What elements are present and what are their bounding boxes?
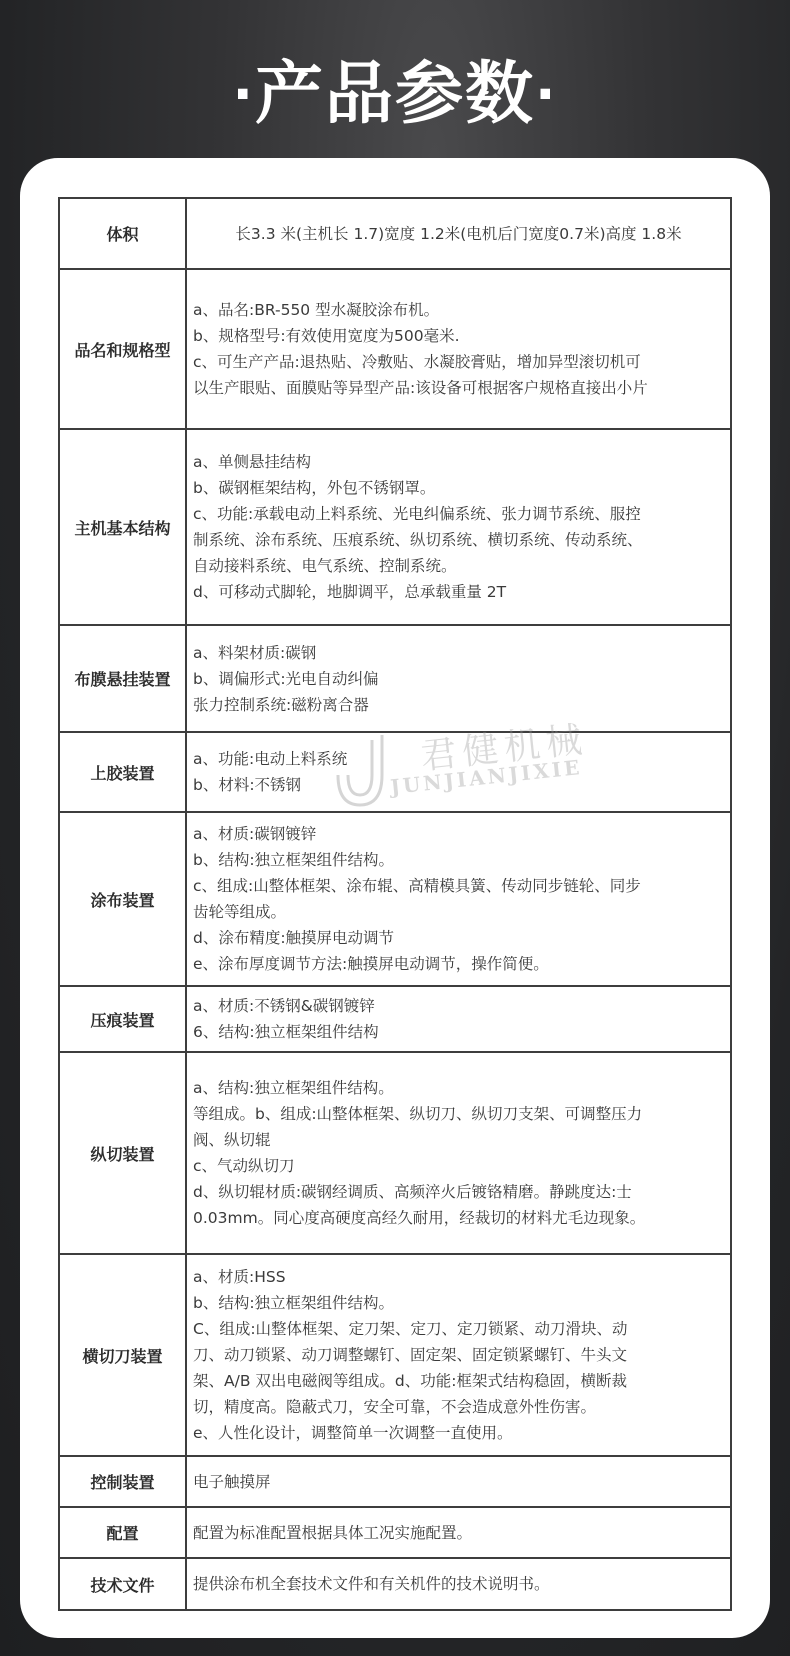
value-line: c、气动纵切刀 [193,1153,724,1179]
row-label: 配置 [59,1507,186,1558]
value-line: a、品名:BR-550 型水凝胶涂布机。 [193,297,724,323]
table-row: 控制装置 电子触摸屏 [59,1456,731,1507]
value-line: 制系统、涂布系统、压痕系统、纵切系统、横切系统、传动系统、 [193,527,724,553]
row-value: 长3.3 米(主机长 1.7)宽度 1.2米(电机后门宽度0.7米)高度 1.8… [186,198,731,269]
row-value: a、品名:BR-550 型水凝胶涂布机。 b、规格型号:有效使用宽度为500毫米… [186,269,731,429]
value-line: a、单侧悬挂结构 [193,449,724,475]
table-row: 涂布装置 a、材质:碳钢镀锌 b、结构:独立框架组件结构。 c、组成:山整体框架… [59,812,731,986]
row-label: 主机基本结构 [59,429,186,625]
value-line: C、组成:山整体框架、定刀架、定刀、定刀锁紧、动刀滑块、动 [193,1316,724,1342]
value-line: 配置为标准配置根据具体工况实施配置。 [193,1520,724,1546]
value-line: e、人性化设计，调整简单一次调整一直使用。 [193,1420,724,1446]
row-label: 涂布装置 [59,812,186,986]
table-row: 技术文件 提供涂布机全套技术文件和有关机件的技术说明书。 [59,1558,731,1610]
row-value: a、单侧悬挂结构 b、碳钢框架结构，外包不锈钢罩。 c、功能:承载电动上料系统、… [186,429,731,625]
value-line: 张力控制系统:磁粉离合器 [193,692,724,718]
value-line: d、可移动式脚轮，地脚调平，总承载重量 2T [193,579,724,605]
value-line: c、组成:山整体框架、涂布辊、高精模具簧、传动同步链轮、同步 [193,873,724,899]
table-row: 横切刀装置 a、材质:HSS b、结构:独立框架组件结构。 C、组成:山整体框架… [59,1254,731,1456]
value-line: 刀、动刀锁紧、动刀调整螺钉、固定架、固定锁紧螺钉、牛头文 [193,1342,724,1368]
row-value: a、料架材质:碳钢 b、调偏形式:光电自动纠偏 张力控制系统:磁粉离合器 [186,625,731,732]
value-line: b、结构:独立框架组件结构。 [193,847,724,873]
title-text: 产品参数 [255,55,535,134]
value-line: 长3.3 米(主机长 1.7)宽度 1.2米(电机后门宽度0.7米)高度 1.8… [193,221,724,247]
row-label: 横切刀装置 [59,1254,186,1456]
row-value: 配置为标准配置根据具体工况实施配置。 [186,1507,731,1558]
value-line: a、材质:HSS [193,1264,724,1290]
page-title: ·产品参数· [0,50,790,140]
value-line: 架、A/B 双出电磁阀等组成。d、功能:框架式结构稳固，横断裁 [193,1368,724,1394]
value-line: 6、结构:独立框架组件结构 [193,1019,724,1045]
row-value: a、材质:HSS b、结构:独立框架组件结构。 C、组成:山整体框架、定刀架、定… [186,1254,731,1456]
value-line: 0.03mm。同心度高硬度高经久耐用，经裁切的材料尤毛边现象。 [193,1205,724,1231]
value-line: a、材质:碳钢镀锌 [193,821,724,847]
value-line: a、料架材质:碳钢 [193,640,724,666]
value-line: 提供涂布机全套技术文件和有关机件的技术说明书。 [193,1571,724,1597]
value-line: c、可生产产品:退热贴、冷敷贴、水凝胶膏贴，增加异型滚切机可 [193,349,724,375]
value-line: 等组成。b、组成:山整体框架、纵切刀、纵切刀支架、可调整压力 [193,1101,724,1127]
row-value: a、功能:电动上料系统 b、材料:不锈钢 [186,732,731,812]
title-dot-right: · [535,63,558,126]
table-row: 上胶装置 a、功能:电动上料系统 b、材料:不锈钢 [59,732,731,812]
table-row: 压痕装置 a、材质:不锈钢&碳钢镀锌 6、结构:独立框架组件结构 [59,986,731,1052]
row-label: 品名和规格型 [59,269,186,429]
row-label: 上胶装置 [59,732,186,812]
table-row: 品名和规格型 a、品名:BR-550 型水凝胶涂布机。 b、规格型号:有效使用宽… [59,269,731,429]
row-label: 体积 [59,198,186,269]
row-value: 电子触摸屏 [186,1456,731,1507]
row-value: 提供涂布机全套技术文件和有关机件的技术说明书。 [186,1558,731,1610]
value-line: b、调偏形式:光电自动纠偏 [193,666,724,692]
value-line: d、纵切辊材质:碳钢经调质、高频淬火后镀铬精磨。静跳度达:士 [193,1179,724,1205]
value-line: 以生产眼贴、面膜贴等异型产品:该设备可根据客户规格直接出小片 [193,375,724,401]
row-label: 技术文件 [59,1558,186,1610]
value-line: 切，精度高。隐蔽式刀，安全可靠，不会造成意外性伤害。 [193,1394,724,1420]
value-line: 阀、纵切辊 [193,1127,724,1153]
value-line: b、结构:独立框架组件结构。 [193,1290,724,1316]
value-line: e、涂布厚度调节方法:触摸屏电动调节，操作简便。 [193,951,724,977]
value-line: c、功能:承载电动上料系统、光电纠偏系统、张力调节系统、服控 [193,501,724,527]
table-row: 布膜悬挂装置 a、料架材质:碳钢 b、调偏形式:光电自动纠偏 张力控制系统:磁粉… [59,625,731,732]
value-line: a、功能:电动上料系统 [193,746,724,772]
value-line: 自动接料系统、电气系统、控制系统。 [193,553,724,579]
row-label: 纵切装置 [59,1052,186,1254]
row-label: 布膜悬挂装置 [59,625,186,732]
value-line: b、材料:不锈钢 [193,772,724,798]
row-label: 压痕装置 [59,986,186,1052]
row-label: 控制装置 [59,1456,186,1507]
value-line: a、结构:独立框架组件结构。 [193,1075,724,1101]
table-row: 配置 配置为标准配置根据具体工况实施配置。 [59,1507,731,1558]
value-line: b、碳钢框架结构，外包不锈钢罩。 [193,475,724,501]
row-value: a、材质:不锈钢&碳钢镀锌 6、结构:独立框架组件结构 [186,986,731,1052]
row-value: a、材质:碳钢镀锌 b、结构:独立框架组件结构。 c、组成:山整体框架、涂布辊、… [186,812,731,986]
value-line: d、涂布精度:触摸屏电动调节 [193,925,724,951]
table-row: 纵切装置 a、结构:独立框架组件结构。 等组成。b、组成:山整体框架、纵切刀、纵… [59,1052,731,1254]
table-row: 体积 长3.3 米(主机长 1.7)宽度 1.2米(电机后门宽度0.7米)高度 … [59,198,731,269]
row-value: a、结构:独立框架组件结构。 等组成。b、组成:山整体框架、纵切刀、纵切刀支架、… [186,1052,731,1254]
value-line: b、规格型号:有效使用宽度为500毫米. [193,323,724,349]
table-row: 主机基本结构 a、单侧悬挂结构 b、碳钢框架结构，外包不锈钢罩。 c、功能:承载… [59,429,731,625]
spec-table: 体积 长3.3 米(主机长 1.7)宽度 1.2米(电机后门宽度0.7米)高度 … [58,197,732,1611]
value-line: 电子触摸屏 [193,1469,724,1495]
value-line: a、材质:不锈钢&碳钢镀锌 [193,993,724,1019]
title-dot-left: · [232,63,255,126]
value-line: 齿轮等组成。 [193,899,724,925]
